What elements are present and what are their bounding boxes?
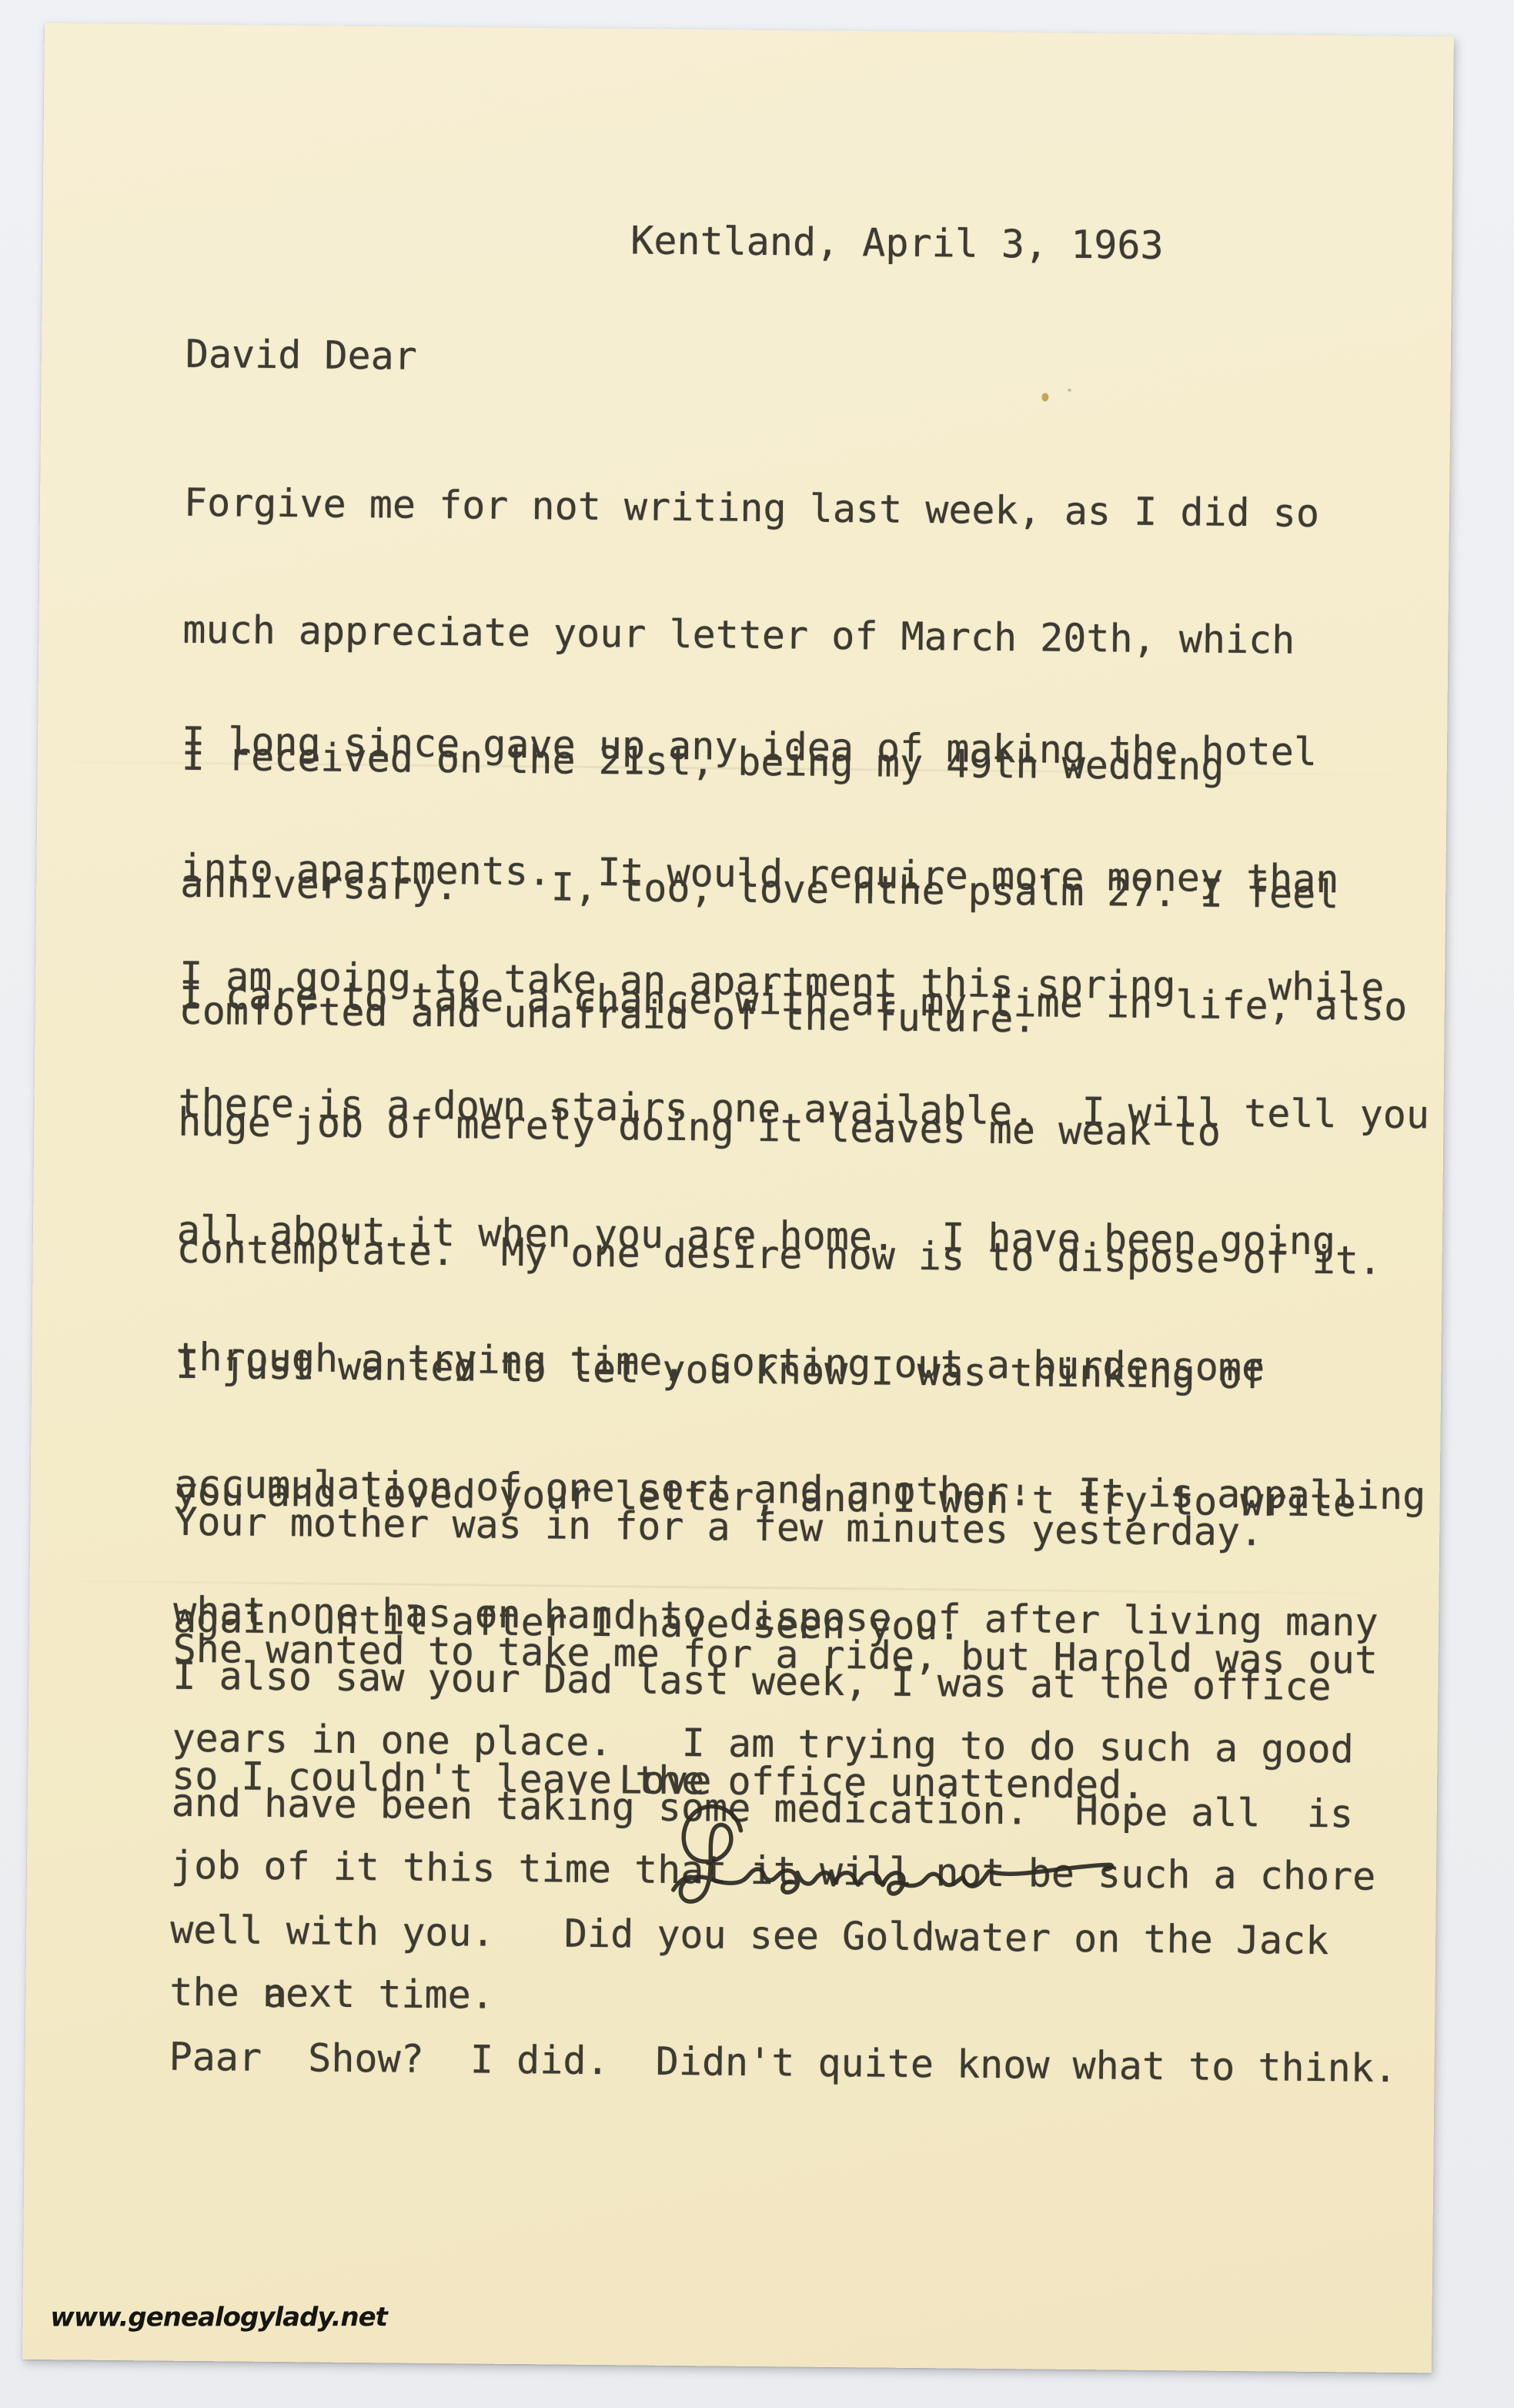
letter-line: I also saw your Dad last week, I was at … <box>172 1655 1401 1709</box>
letter-line: Paar Show? I did. Didn't quite know what… <box>169 2036 1397 2090</box>
letter-line: I just wanted to let you know I was thin… <box>175 1344 1358 1398</box>
salutation: David Dear <box>185 333 418 378</box>
watermark: www.genealogylady.net <box>50 2302 387 2333</box>
letter-line: there is a down stairs one available. I … <box>178 1082 1429 1137</box>
paper-speck <box>1068 389 1071 392</box>
signature-stroke <box>673 1806 1113 1905</box>
letter-page: Kentland, April 3, 1963 David Dear Forgi… <box>22 23 1454 2373</box>
letter-line: all about it when you are home. I have b… <box>177 1209 1429 1264</box>
letter-line: I long since gave up any idea of making … <box>182 721 1410 774</box>
letter-line: I am going to take an apartment this spr… <box>179 955 1431 1010</box>
paper-speck <box>1041 393 1048 401</box>
signature-handwriting <box>665 1796 1136 1939</box>
dateline: Kentland, April 3, 1963 <box>630 219 1164 267</box>
letter-line: Forgive me for not writing last week, as… <box>184 482 1343 535</box>
letter-line: Your mother was in for a few minutes yes… <box>174 1501 1379 1555</box>
scan-background: Kentland, April 3, 1963 David Dear Forgi… <box>0 0 1514 2408</box>
